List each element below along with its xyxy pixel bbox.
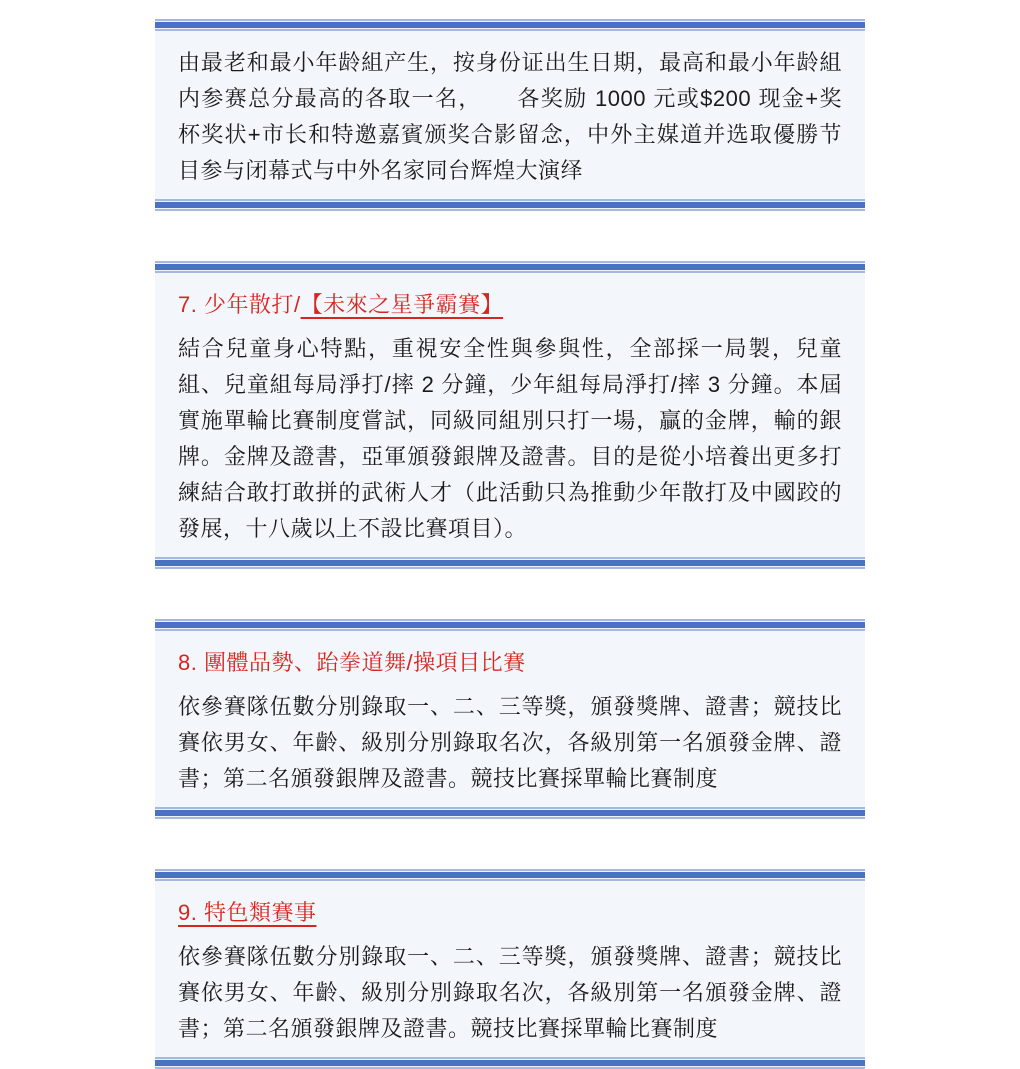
paragraph: 依參賽隊伍數分別錄取一、二、三等獎，頒發獎牌、證書；競技比賽依男女、年齡、級別分… bbox=[178, 939, 842, 1047]
section-panel-group-events: 8. 團體品勢、跆拳道舞/操項目比賽 依參賽隊伍數分別錄取一、二、三等獎，頒發獎… bbox=[155, 619, 865, 819]
paragraph: 由最老和最小年龄組产生，按身份证出生日期，最高和最小年龄組内参赛总分最高的各取一… bbox=[178, 45, 842, 189]
section-heading: 9. 特色類賽事 bbox=[178, 895, 842, 931]
section-bottom-border bbox=[155, 199, 865, 211]
section-heading: 7. 少年散打/【未來之星爭霸賽】 bbox=[178, 287, 842, 323]
document-column: 由最老和最小年龄組产生，按身份证出生日期，最高和最小年龄組内参赛总分最高的各取一… bbox=[155, 19, 865, 1069]
section-heading-underlined: 9. 特色類賽事 bbox=[178, 900, 316, 925]
section-top-border bbox=[155, 261, 865, 273]
section-body: 8. 團體品勢、跆拳道舞/操項目比賽 依參賽隊伍數分別錄取一、二、三等獎，頒發獎… bbox=[155, 631, 865, 807]
section-bottom-border bbox=[155, 557, 865, 569]
section-body: 9. 特色類賽事 依參賽隊伍數分別錄取一、二、三等獎，頒發獎牌、證書；競技比賽依… bbox=[155, 881, 865, 1057]
section-top-border bbox=[155, 619, 865, 631]
section-body: 由最老和最小年龄組产生，按身份证出生日期，最高和最小年龄組内参赛总分最高的各取一… bbox=[155, 31, 865, 199]
section-top-border bbox=[155, 19, 865, 31]
section-bottom-border bbox=[155, 1057, 865, 1069]
section-heading-underlined: 【未來之星爭霸賽】 bbox=[301, 292, 504, 317]
section-panel-awards-note: 由最老和最小年龄組产生，按身份证出生日期，最高和最小年龄組内参赛总分最高的各取一… bbox=[155, 19, 865, 211]
section-heading-plain: 7. 少年散打/ bbox=[178, 292, 301, 317]
paragraph: 結合兒童身心特點，重視安全性與參與性，全部採一局製，兒童組、兒童組每局淨打/摔 … bbox=[178, 331, 842, 547]
document-page: 由最老和最小年龄組产生，按身份证出生日期，最高和最小年龄組内参赛总分最高的各取一… bbox=[0, 0, 1020, 1069]
section-body: 7. 少年散打/【未來之星爭霸賽】 結合兒童身心特點，重視安全性與參與性，全部採… bbox=[155, 273, 865, 557]
section-top-border bbox=[155, 869, 865, 881]
section-panel-special-events: 9. 特色類賽事 依參賽隊伍數分別錄取一、二、三等獎，頒發獎牌、證書；競技比賽依… bbox=[155, 869, 865, 1069]
section-panel-youth-sanda: 7. 少年散打/【未來之星爭霸賽】 結合兒童身心特點，重視安全性與參與性，全部採… bbox=[155, 261, 865, 569]
section-heading-plain: 8. 團體品勢、跆拳道舞/操項目比賽 bbox=[178, 650, 526, 675]
section-heading: 8. 團體品勢、跆拳道舞/操項目比賽 bbox=[178, 645, 842, 681]
paragraph: 依參賽隊伍數分別錄取一、二、三等獎，頒發獎牌、證書；競技比賽依男女、年齡、級別分… bbox=[178, 689, 842, 797]
section-bottom-border bbox=[155, 807, 865, 819]
